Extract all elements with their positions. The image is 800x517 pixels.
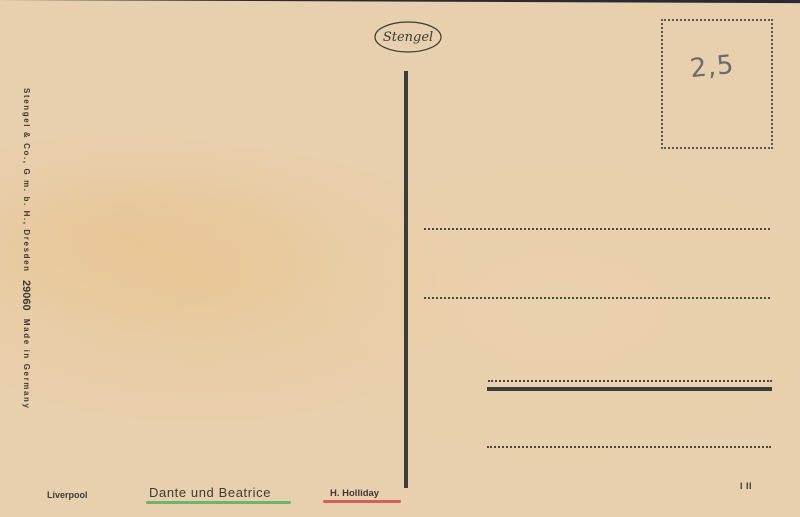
imprint-number: 29060 [20,276,32,315]
pencil-note: 2,5 [689,50,736,84]
center-divider [404,71,408,488]
imprint-origin: Made in Germany [22,319,31,410]
artist-name: H. Holliday [330,488,379,499]
artwork-title: Dante und Beatrice [149,485,271,500]
address-line-1 [424,228,770,230]
address-line-3 [488,380,772,382]
postcard-back: Stengel 2,5 Stengel & Co., G m. b. H., D… [0,0,800,517]
address-line-2 [424,297,770,299]
stamp-box [661,19,773,149]
side-imprint: Stengel & Co., G m. b. H., Dresden 29060… [20,88,32,410]
logo-text: Stengel [373,20,443,54]
title-underline [146,501,291,504]
location-label: Liverpool [47,490,88,500]
address-solid-line [487,387,772,391]
series-mark: I II [740,481,752,491]
artist-underline [323,500,401,503]
publisher-logo: Stengel [373,20,443,54]
address-line-4 [487,446,771,448]
imprint-publisher: Stengel & Co., G m. b. H., Dresden [22,88,31,273]
